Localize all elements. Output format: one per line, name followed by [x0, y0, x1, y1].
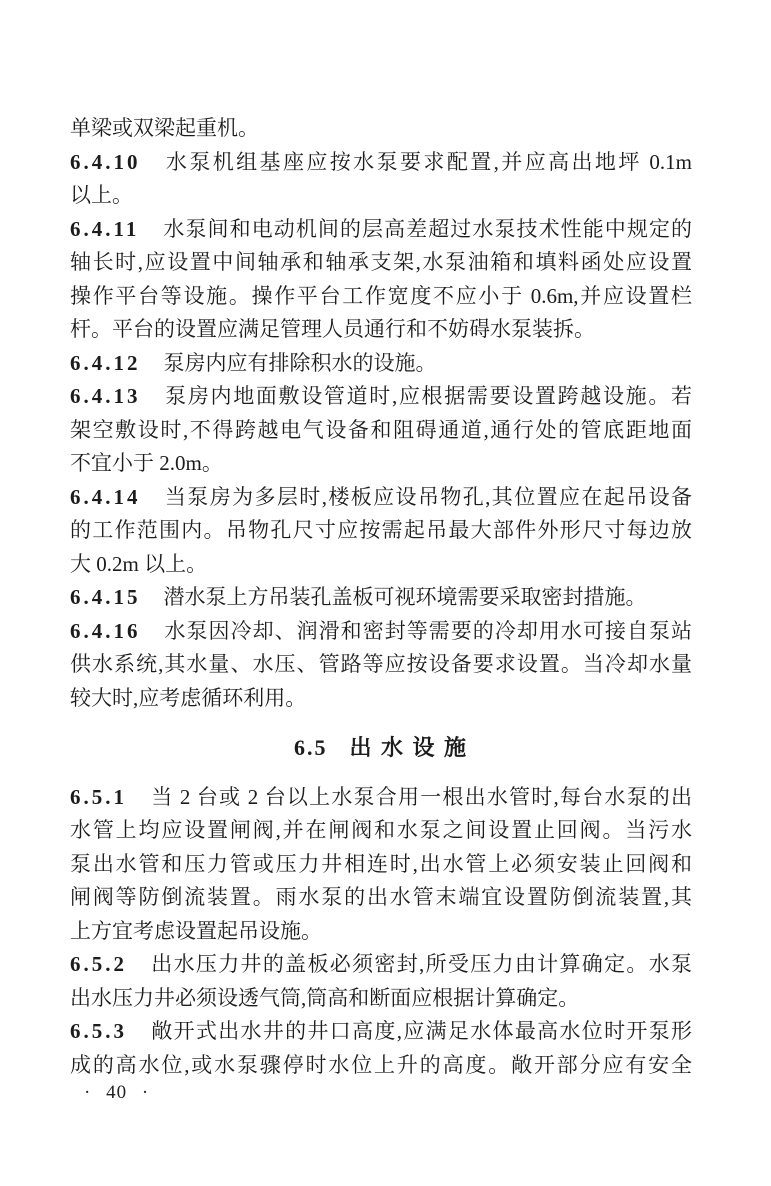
text-line: 出水压力井必须设透气筒,筒高和断面应根据计算确定。 — [70, 982, 692, 1016]
text-line: 6.4.10水泵机组基座应按水泵要求配置,并应高出地坪 0.1m — [70, 146, 692, 180]
clause-number: 6.4.10 — [70, 150, 141, 174]
text-line: 成的高水位,或水泵骤停时水位上升的高度。敞开部分应有安全 — [70, 1049, 692, 1083]
line-text: 当泵房为多层时,楼板应设吊物孔,其位置应在起吊设备 — [164, 485, 693, 509]
text-line: 6.5.3敞开式出水井的井口高度,应满足水体最高水位时开泵形 — [70, 1015, 692, 1049]
line-text: 单梁或双梁起重机。 — [70, 116, 259, 140]
line-text: 架空敷设时,不得跨越电气设备和阻碍通道,通行处的管底距地面 — [70, 418, 692, 442]
text-line: 6.4.11水泵间和电动机间的层高差超过水泵技术性能中规定的 — [70, 213, 692, 247]
line-text: 上方宜考虑设置起吊设施。 — [70, 919, 322, 943]
text-line: 6.4.16水泵因冷却、润滑和密封等需要的冷却用水可接自泵站 — [70, 615, 692, 649]
clause-number: 6.4.13 — [70, 384, 141, 408]
clause-number: 6.4.11 — [70, 217, 139, 241]
line-text: 潜水泵上方吊装孔盖板可视环境需要采取密封措施。 — [164, 585, 647, 609]
line-text: 操作平台等设施。操作平台工作宽度不应小于 0.6m,并应设置栏 — [70, 284, 692, 308]
line-text: 当 2 台或 2 台以上水泵合用一根出水管时,每台水泵的出 — [150, 785, 692, 809]
line-text: 水泵机组基座应按水泵要求配置,并应高出地坪 0.1m — [164, 150, 693, 174]
text-line: 6.5.1当 2 台或 2 台以上水泵合用一根出水管时,每台水泵的出 — [70, 781, 692, 815]
text-line: 供水系统,其水量、水压、管路等应按设备要求设置。当冷却水量 — [70, 648, 692, 682]
line-text: 水管上均应设置闸阀,并在闸阀和水泵之间设置止回阀。当污水 — [70, 818, 692, 842]
text-line: 水管上均应设置闸阀,并在闸阀和水泵之间设置止回阀。当污水 — [70, 814, 692, 848]
line-text: 出水压力井的盖板必须密封,所受压力由计算确定。水泵 — [150, 952, 692, 976]
clause-number: 6.4.12 — [70, 351, 141, 375]
text-line: 大 0.2m 以上。 — [70, 548, 692, 582]
line-text: 成的高水位,或水泵骤停时水位上升的高度。敞开部分应有安全 — [70, 1053, 692, 1077]
line-text: 供水系统,其水量、水压、管路等应按设备要求设置。当冷却水量 — [70, 652, 692, 676]
section-heading: 6.5出 水 设 施 — [70, 731, 692, 765]
line-text: 出水压力井必须设透气筒,筒高和断面应根据计算确定。 — [70, 986, 579, 1010]
text-line: 上方宜考虑设置起吊设施。 — [70, 915, 692, 949]
text-line: 6.4.12泵房内应有排除积水的设施。 — [70, 347, 692, 381]
section-title: 出 水 设 施 — [349, 735, 468, 760]
text-line: 架空敷设时,不得跨越电气设备和阻碍通道,通行处的管底距地面 — [70, 414, 692, 448]
text-line: 闸阀等防倒流装置。雨水泵的出水管末端宜设置防倒流装置,其 — [70, 881, 692, 915]
text-line: 6.4.15潜水泵上方吊装孔盖板可视环境需要采取密封措施。 — [70, 581, 692, 615]
line-text: 不宜小于 2.0m。 — [70, 451, 223, 475]
line-text: 泵房内应有排除积水的设施。 — [164, 351, 437, 375]
line-text: 水泵因冷却、润滑和密封等需要的冷却用水可接自泵站 — [164, 619, 693, 643]
text-block: 单梁或双梁起重机。6.4.10水泵机组基座应按水泵要求配置,并应高出地坪 0.1… — [70, 112, 692, 1082]
text-line: 较大时,应考虑循环利用。 — [70, 682, 692, 716]
clause-number: 6.4.14 — [70, 485, 141, 509]
line-text: 大 0.2m 以上。 — [70, 552, 207, 576]
text-line: 的工作范围内。吊物孔尺寸应按需起吊最大部件外形尺寸每边放 — [70, 514, 692, 548]
text-line: 6.5.2出水压力井的盖板必须密封,所受压力由计算确定。水泵 — [70, 948, 692, 982]
line-text: 泵出水管和压力管或压力井相连时,出水管上必须安装止回阀和 — [70, 852, 692, 876]
line-text: 轴长时,应设置中间轴承和轴承支架,水泵油箱和填料函处应设置 — [70, 250, 692, 274]
line-text: 以上。 — [70, 183, 133, 207]
text-line: 6.4.13泵房内地面敷设管道时,应根据需要设置跨越设施。若 — [70, 380, 692, 414]
text-line: 不宜小于 2.0m。 — [70, 447, 692, 481]
section-number: 6.5 — [294, 735, 328, 760]
line-text: 的工作范围内。吊物孔尺寸应按需起吊最大部件外形尺寸每边放 — [70, 518, 692, 542]
clause-number: 6.4.15 — [70, 585, 141, 609]
text-line: 以上。 — [70, 179, 692, 213]
clause-number: 6.4.16 — [70, 619, 141, 643]
clause-number: 6.5.2 — [70, 952, 127, 976]
line-text: 水泵间和电动机间的层高差超过水泵技术性能中规定的 — [162, 217, 692, 241]
line-text: 闸阀等防倒流装置。雨水泵的出水管末端宜设置防倒流装置,其 — [70, 885, 692, 909]
text-line: 杆。平台的设置应满足管理人员通行和不妨碍水泵装拆。 — [70, 313, 692, 347]
text-line: 操作平台等设施。操作平台工作宽度不应小于 0.6m,并应设置栏 — [70, 280, 692, 314]
text-line: 单梁或双梁起重机。 — [70, 112, 692, 146]
line-text: 较大时,应考虑循环利用。 — [70, 686, 306, 710]
page-number-footer: · 40 · — [84, 1081, 149, 1105]
clause-number: 6.5.1 — [70, 785, 127, 809]
text-line: 6.4.14当泵房为多层时,楼板应设吊物孔,其位置应在起吊设备 — [70, 481, 692, 515]
clause-number: 6.5.3 — [70, 1019, 127, 1043]
line-text: 泵房内地面敷设管道时,应根据需要设置跨越设施。若 — [164, 384, 693, 408]
line-text: 敞开式出水井的井口高度,应满足水体最高水位时开泵形 — [150, 1019, 692, 1043]
text-line: 泵出水管和压力管或压力井相连时,出水管上必须安装止回阀和 — [70, 848, 692, 882]
document-page: 单梁或双梁起重机。6.4.10水泵机组基座应按水泵要求配置,并应高出地坪 0.1… — [0, 0, 771, 1186]
line-text: 杆。平台的设置应满足管理人员通行和不妨碍水泵装拆。 — [70, 317, 595, 341]
text-line: 轴长时,应设置中间轴承和轴承支架,水泵油箱和填料函处应设置 — [70, 246, 692, 280]
